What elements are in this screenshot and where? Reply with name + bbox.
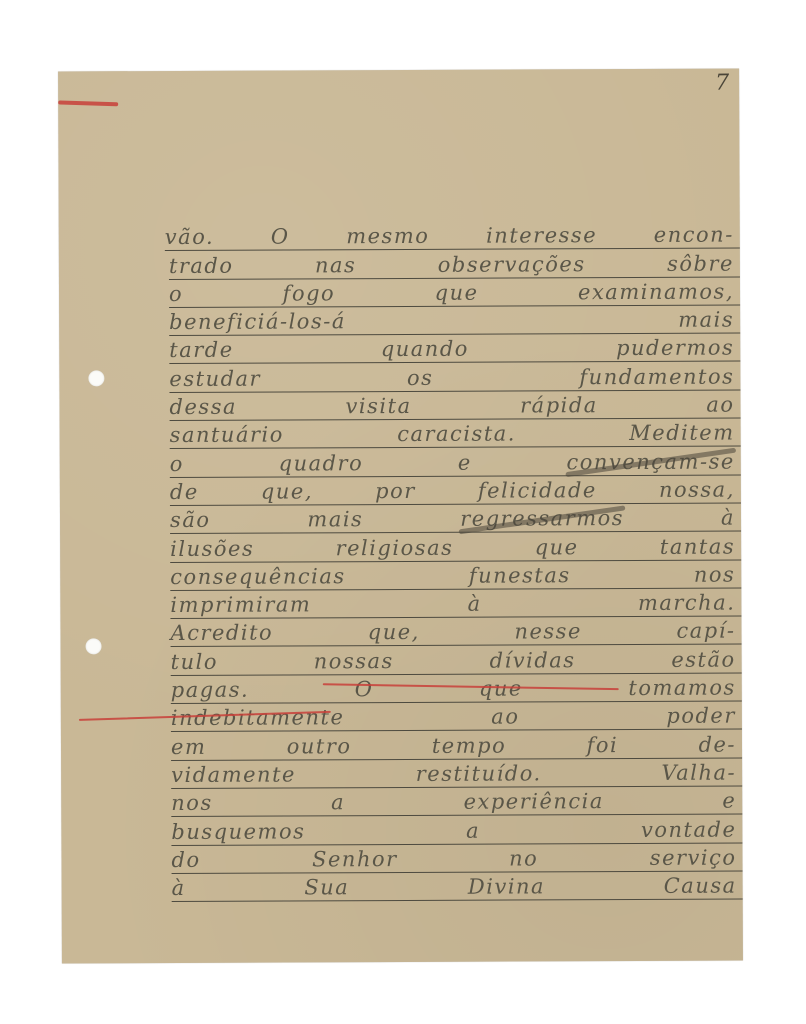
handwritten-line: ofogoqueexaminamos, [169, 277, 740, 308]
handwritten-line: deque,porfelicidadenossa, [170, 475, 741, 506]
handwritten-line: tulonossasdívidasestão [171, 645, 742, 676]
handwritten-word: tomamos [628, 676, 735, 700]
handwritten-word: estão [671, 647, 735, 671]
handwritten-word: ao [491, 705, 519, 729]
manuscript-page: 7 vão.Omesmointeresseencon-tradonasobser… [58, 69, 743, 964]
handwritten-word: nos [171, 791, 213, 815]
handwritten-line-text: pagas.Oquetomamos [171, 676, 736, 702]
handwritten-line: doSenhornoserviço [171, 843, 742, 874]
handwritten-line-text: oquadroeconvençam-se [170, 449, 735, 475]
handwritten-word: nesse [514, 620, 582, 644]
handwritten-word: serviço [650, 845, 737, 869]
handwritten-word: o [169, 282, 183, 306]
handwritten-word: mais [678, 308, 734, 332]
handwritten-line-text: busquemosavontade [171, 817, 736, 843]
handwritten-line: àSuaDivinaCausa [172, 871, 743, 902]
handwritten-word: do [171, 848, 200, 872]
handwritten-line: nosaexperiênciae [171, 786, 742, 817]
page-number: 7 [715, 71, 729, 96]
handwritten-word: Meditem [629, 421, 734, 445]
handwritten-word: vão. [165, 225, 214, 249]
handwritten-word: outro [287, 734, 352, 758]
handwritten-line: emoutrotempofoide- [171, 730, 742, 761]
handwritten-word: restituído. [416, 761, 542, 786]
handwritten-line-text: santuáriocaracista.Meditem [170, 421, 735, 447]
handwritten-word: nas [315, 253, 356, 277]
handwritten-word: Senhor [312, 847, 398, 871]
handwritten-line: vão.Omesmointeresseencon- [165, 221, 740, 252]
handwritten-word: são [170, 508, 211, 532]
handwritten-word: que, [261, 479, 313, 503]
handwritten-word: tantas [660, 534, 735, 558]
handwritten-word: e [722, 789, 736, 813]
handwritten-word: examinamos, [578, 279, 734, 304]
handwritten-line-text: imprimiramàmarcha. [170, 591, 735, 617]
handwritten-word: a [466, 818, 480, 842]
handwritten-word: o [170, 452, 184, 476]
handwritten-word: quando [381, 337, 469, 361]
handwritten-word: nos [694, 562, 736, 586]
handwritten-word: os [407, 366, 434, 390]
handwritten-line: oquadroeconvençam-se [170, 447, 741, 478]
handwritten-word: imprimiram [170, 593, 311, 618]
handwritten-line-text: doSenhornoserviço [171, 845, 736, 871]
handwritten-line: busquemosavontade [171, 815, 742, 846]
handwritten-word: mais [307, 507, 363, 531]
handwritten-word: à [721, 506, 735, 530]
handwritten-word: por [375, 479, 416, 503]
handwritten-word: quadro [279, 451, 364, 475]
handwritten-line: tardequandopudermos [169, 334, 740, 365]
handwritten-word: felicidade [478, 478, 597, 503]
handwritten-line-text: tardequandopudermos [169, 336, 734, 362]
handwritten-word: sôbre [667, 251, 734, 275]
handwritten-word: dívidas [490, 648, 576, 672]
handwritten-word: em [171, 734, 206, 758]
handwritten-word: religiosas [336, 535, 454, 560]
handwritten-word: tulo [171, 650, 218, 674]
handwritten-word: funestas [469, 563, 571, 587]
handwritten-word: vidamente [171, 762, 296, 787]
handwritten-word: à [468, 592, 482, 616]
handwritten-word: O [355, 677, 374, 701]
handwritten-line: pagas.Oquetomamos [171, 673, 742, 704]
handwritten-word: indebitamente [171, 706, 345, 731]
handwritten-word: interesse [486, 223, 597, 247]
handwritten-line-text: àSuaDivinaCausa [172, 874, 737, 900]
handwritten-word: que [535, 535, 579, 559]
handwritten-word: no [509, 846, 538, 870]
handwritten-word: santuário [170, 423, 284, 447]
handwritten-line: consequênciasfunestasnos [170, 560, 741, 591]
handwritten-word: ao [706, 393, 734, 417]
handwritten-line-text: dessavisitarápidaao [169, 393, 734, 419]
handwritten-word: marcha. [638, 591, 736, 615]
handwritten-word: estudar [169, 366, 261, 390]
handwritten-word: pudermos [616, 336, 734, 361]
handwritten-line-text: tulonossasdívidasestão [171, 647, 736, 673]
handwritten-word: de- [698, 732, 736, 756]
handwritten-line: estudarosfundamentos [169, 362, 740, 393]
handwritten-word: à [172, 876, 186, 900]
handwritten-word: e [458, 450, 472, 474]
handwritten-line-text: deque,porfelicidadenossa, [170, 478, 735, 504]
handwritten-line-text: indebitamenteaopoder [171, 704, 736, 730]
handwritten-word: tempo [432, 733, 506, 757]
handwritten-line: sãomaisregressarmosà [170, 503, 741, 534]
punch-hole-top [88, 370, 104, 386]
handwritten-word: que [479, 677, 523, 701]
handwritten-word: que, [368, 620, 420, 644]
handwritten-line-text: consequênciasfunestasnos [170, 562, 735, 588]
handwritten-line: beneficiá-los-ámais [169, 305, 740, 336]
handwritten-word: a [331, 790, 345, 814]
handwritten-word: capí- [676, 619, 735, 643]
handwritten-word: Causa [664, 874, 737, 898]
punch-hole-bottom [86, 638, 102, 654]
handwritten-word: trado [169, 253, 234, 277]
handwritten-word: dessa [169, 395, 237, 419]
handwritten-word: rápida [520, 393, 598, 417]
handwritten-line-text: vidamenterestituído.Valha- [171, 760, 736, 786]
handwritten-word: visita [345, 394, 411, 418]
handwritten-word: Acredito [170, 621, 273, 645]
handwritten-word: Divina [468, 874, 545, 898]
handwritten-word: encon- [654, 223, 734, 247]
ruled-text-area: vão.Omesmointeresseencon-tradonasobserva… [169, 221, 743, 903]
handwritten-word: Valha- [661, 760, 736, 784]
handwritten-word: de [170, 480, 199, 504]
handwritten-word: convençam-se [566, 449, 734, 474]
handwritten-line-text: emoutrotempofoide- [171, 732, 736, 758]
handwritten-word: O [271, 225, 290, 249]
handwritten-word: mesmo [346, 224, 429, 248]
handwritten-line: vidamenterestituído.Valha- [171, 758, 742, 789]
handwritten-word: consequências [170, 564, 345, 589]
handwritten-word: observações [438, 252, 586, 277]
handwritten-line-text: Acreditoque,nessecapí- [170, 619, 735, 645]
handwritten-line: dessavisitarápidaao [169, 390, 740, 421]
handwritten-word: experiência [463, 789, 603, 814]
handwritten-word: tarde [169, 338, 233, 362]
handwritten-line: indebitamenteaopoder [171, 702, 742, 733]
handwritten-line: ilusõesreligiosasquetantas [170, 532, 741, 563]
handwritten-line-text: ilusõesreligiosasquetantas [170, 534, 735, 560]
handwritten-word: vontade [641, 817, 736, 841]
handwritten-word: nossas [314, 649, 394, 673]
handwritten-word: Sua [304, 875, 349, 899]
handwritten-word: nossa, [659, 478, 735, 502]
handwritten-word: ilusões [170, 536, 254, 560]
handwritten-word: regressarmos [460, 506, 624, 531]
handwritten-line-text: estudarosfundamentos [169, 364, 734, 390]
handwritten-word: caracista. [397, 422, 516, 447]
handwritten-word: busquemos [171, 819, 305, 844]
handwritten-word: poder [666, 704, 736, 728]
handwritten-line: tradonasobservaçõessôbre [169, 249, 740, 280]
handwritten-line-text: tradonasobservaçõessôbre [169, 251, 734, 277]
handwritten-line-text: nosaexperiênciae [171, 789, 736, 815]
red-underline-vao [58, 100, 118, 106]
handwritten-line: Acreditoque,nessecapí- [170, 617, 741, 648]
handwritten-line-text: vão.Omesmointeresseencon- [165, 223, 734, 249]
handwritten-word: fogo [283, 281, 336, 305]
handwritten-line-text: beneficiá-los-ámais [169, 308, 734, 334]
handwritten-word: pagas. [171, 678, 249, 702]
handwritten-word: beneficiá-los-á [169, 309, 346, 334]
handwritten-word: foi [586, 733, 618, 757]
handwritten-word: que [435, 281, 479, 305]
handwritten-line: imprimiramàmarcha. [170, 588, 741, 619]
handwritten-word: fundamentos [579, 364, 734, 389]
handwritten-line-text: ofogoqueexaminamos, [169, 279, 734, 305]
handwritten-line-text: sãomaisregressarmosà [170, 506, 735, 532]
handwritten-line: santuáriocaracista.Meditem [170, 419, 741, 450]
